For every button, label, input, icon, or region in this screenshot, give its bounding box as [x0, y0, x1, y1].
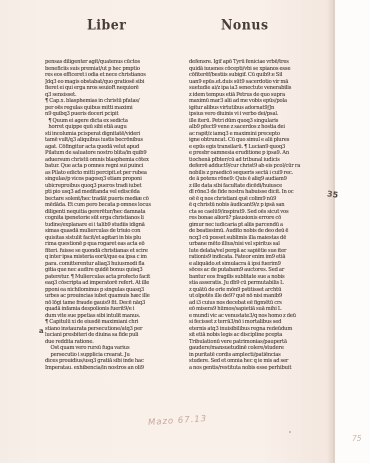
paper-speck — [289, 431, 291, 433]
text-line: a nos gentis/restituta nobis esse perhib… — [189, 365, 332, 372]
folio-page-number: 75 — [352, 434, 362, 443]
running-header-right: Nonus — [221, 16, 268, 33]
running-header-left: Liber — [87, 16, 126, 33]
paper-page: Liber Nonus pensas diligenter agit/quate… — [0, 0, 335, 463]
pencil-shelfmark-note: Mazo 67.13 — [148, 414, 208, 428]
text-line: Imperatau. exhibencia/in nostros an oli9 — [45, 365, 187, 372]
margin-signature-letter: a — [39, 326, 44, 335]
book-page-scan: Liber Nonus pensas diligenter agit/quate… — [0, 0, 370, 463]
text-column-right: defensre. Igif apō Tyrū feniciae vrbē/tr… — [189, 59, 332, 371]
margin-handwritten-number: 35 — [326, 189, 338, 199]
text-column-left: pensas diligenter agit/quatenus cūctosbe… — [45, 59, 187, 371]
